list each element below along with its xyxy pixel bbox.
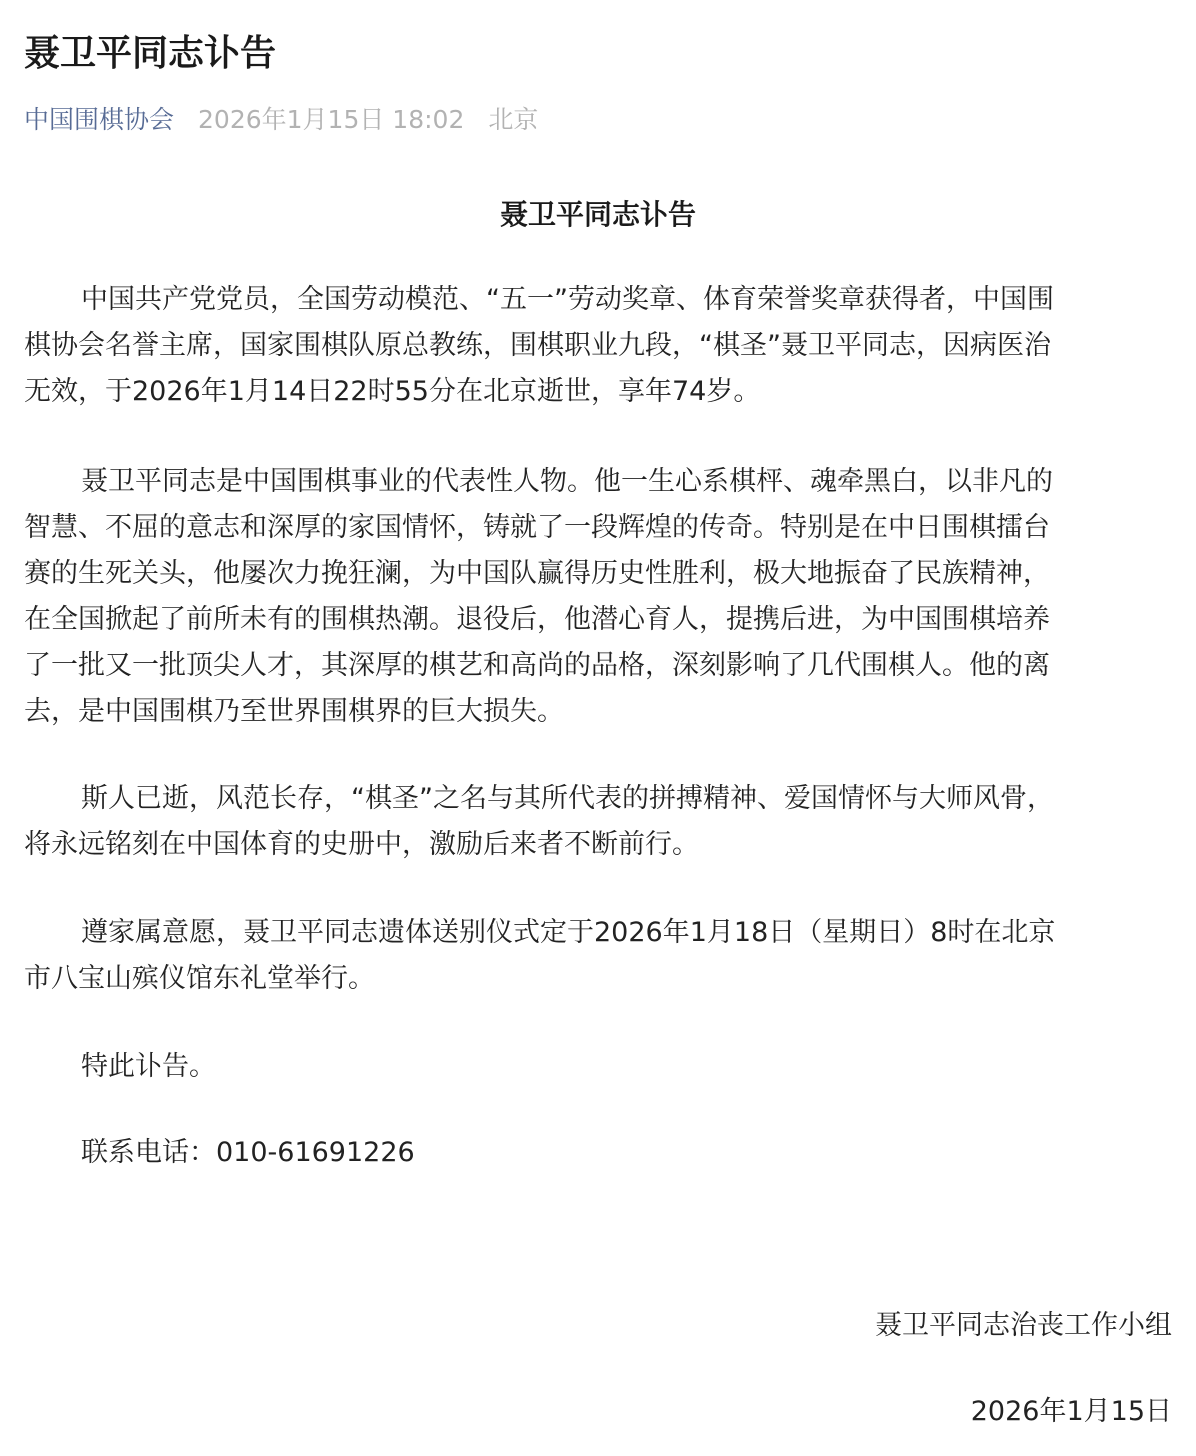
- signature-date: 2026年1月15日: [971, 1389, 1172, 1435]
- paragraph-line: 特此讣告。: [24, 1044, 1174, 1090]
- paragraph-line: 棋协会名誉主席，国家围棋队原总教练，围棋职业九段，“棋圣”聂卫平同志，因病医治: [24, 323, 1174, 369]
- paragraph-line: 将永远铭刻在中国体育的史册中，激励后来者不断前行。: [24, 822, 1174, 868]
- paragraph-line: 去，是中国围棋乃至世界围棋界的巨大损失。: [24, 689, 1174, 735]
- paragraph-tribute: 斯人已逝，风范长存，“棋圣”之名与其所代表的拼搏精神、爱国情怀与大师风骨， 将永…: [24, 776, 1174, 868]
- paragraph-announcement: 中国共产党党员，全国劳动模范、“五一”劳动奖章、体育荣誉奖章获得者，中国围 棋协…: [24, 277, 1174, 415]
- paragraph-line: 了一批又一批顶尖人才，其深厚的棋艺和高尚的品格，深刻影响了几代围棋人。他的离: [24, 643, 1174, 689]
- signature-organization: 聂卫平同志治丧工作小组: [875, 1303, 1172, 1349]
- article-title: 聂卫平同志讣告: [24, 30, 276, 78]
- source-account-link[interactable]: 中国围棋协会: [24, 105, 174, 134]
- paragraph-line: 遵家属意愿，聂卫平同志遗体送别仪式定于2026年1月18日（星期日）8时在北京: [24, 910, 1174, 956]
- paragraph-contact-phone: 联系电话：010-61691226: [24, 1130, 1174, 1176]
- paragraph-farewell-ceremony: 遵家属意愿，聂卫平同志遗体送别仪式定于2026年1月18日（星期日）8时在北京 …: [24, 910, 1174, 1002]
- paragraph-line: 智慧、不屈的意志和深厚的家国情怀，铸就了一段辉煌的传奇。特别是在中日围棋擂台: [24, 505, 1174, 551]
- paragraph-line: 无效，于2026年1月14日22时55分在北京逝世，享年74岁。: [24, 369, 1174, 415]
- publish-datetime: 2026年1月15日 18:02: [198, 105, 464, 134]
- paragraph-closing: 特此讣告。: [24, 1044, 1174, 1090]
- paragraph-line: 在全国掀起了前所未有的围棋热潮。退役后，他潜心育人，提携后进，为中国围棋培养: [24, 597, 1174, 643]
- publish-location: 北京: [488, 105, 538, 134]
- paragraph-line: 聂卫平同志是中国围棋事业的代表性人物。他一生心系棋枰、魂牵黑白，以非凡的: [24, 459, 1174, 505]
- paragraph-line: 赛的生死关头，他屡次力挽狂澜，为中国队赢得历史性胜利，极大地振奋了民族精神，: [24, 551, 1174, 597]
- contact-phone: 联系电话：010-61691226: [24, 1130, 1174, 1176]
- paragraph-line: 市八宝山殡仪馆东礼堂举行。: [24, 956, 1174, 1002]
- article-meta: 中国围棋协会2026年1月15日 18:02北京: [24, 102, 538, 138]
- paragraph-biography: 聂卫平同志是中国围棋事业的代表性人物。他一生心系棋枰、魂牵黑白，以非凡的 智慧、…: [24, 459, 1174, 735]
- notice-heading: 聂卫平同志讣告: [0, 194, 1196, 236]
- paragraph-line: 斯人已逝，风范长存，“棋圣”之名与其所代表的拼搏精神、爱国情怀与大师风骨，: [24, 776, 1174, 822]
- paragraph-line: 中国共产党党员，全国劳动模范、“五一”劳动奖章、体育荣誉奖章获得者，中国围: [24, 277, 1174, 323]
